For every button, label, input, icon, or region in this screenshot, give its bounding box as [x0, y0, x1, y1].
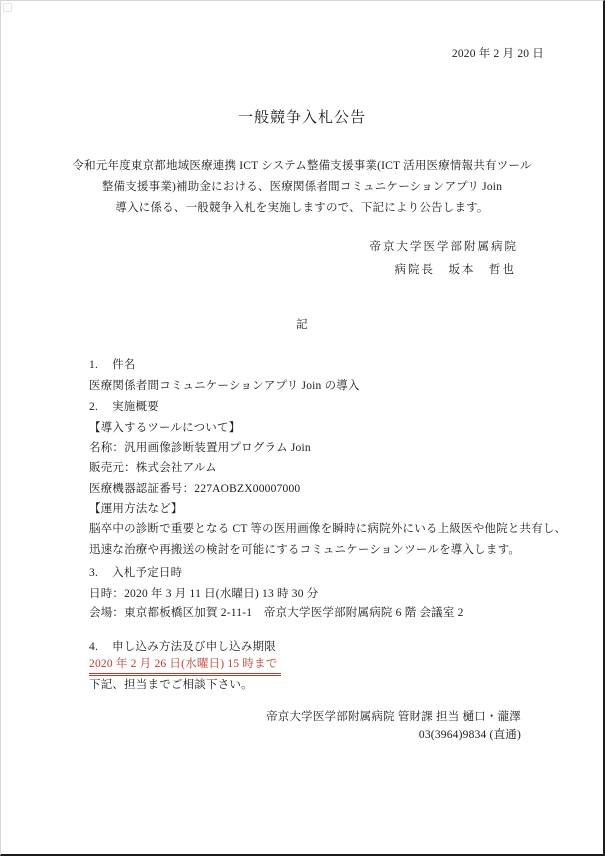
section-3-line: 日時：2020 年 3 月 11 日(水曜日) 13 時 30 分	[89, 587, 563, 602]
contact-org: 帝京大学医学部附属病院 管財課 担当 樋口・瀧澤	[266, 710, 521, 725]
section-1-heading: 1. 件名	[89, 358, 563, 373]
issuer-signer: 病院長 坂本 哲也	[395, 263, 517, 278]
intro-line-1: 令和元年度東京都地域医療連携 ICT システム整備支援事業(ICT 活用医療情報…	[1, 159, 603, 174]
section-2-line: 医療機器認証番号：227AOBZX00007000	[89, 482, 563, 497]
section-1-number: 1.	[89, 358, 98, 373]
document-page: 2020 年 2 月 20 日 一般競争入札公告 令和元年度東京都地域医療連携 …	[0, 0, 605, 856]
section-2-line: 【導入するツールについて】	[89, 421, 563, 436]
contact-phone: 03(3964)9834 (直通)	[419, 728, 521, 743]
deadline-text: 2020 年 2 月 26 日(水曜日) 15 時まで	[89, 657, 281, 676]
section-4-number: 4.	[89, 640, 98, 655]
section-2-line: 名称：汎用画像診断装置用プログラム Join	[89, 441, 563, 456]
corner-artifact	[3, 3, 12, 12]
issuer-org: 帝京大学医学部附属病院	[370, 240, 519, 255]
section-2-line: 迅速な治療や再搬送の検討を可能にするコミュニケーションツールを導入します。	[89, 543, 563, 558]
section-3-heading: 3. 入札予定日時	[89, 566, 563, 581]
section-4-title: 申し込み方法及び申し込み期限	[112, 640, 276, 655]
section-4-line: 下記、担当までご相談下さい。	[89, 678, 563, 693]
section-3-title: 入札予定日時	[112, 566, 182, 581]
deadline-line: 2020 年 2 月 26 日(水曜日) 15 時まで	[89, 657, 563, 676]
section-3-line: 会場：東京都板橋区加賀 2-11-1 帝京大学医学部附属病院 6 階 会議室 2	[89, 606, 563, 621]
section-1-line: 医療関係者間コミュニケーションアプリ Join の導入	[89, 379, 563, 394]
intro-line-2: 整備支援事業)補助金における、医療関係者間コミュニケーションアプリ Join	[1, 180, 603, 195]
document-date: 2020 年 2 月 20 日	[452, 47, 544, 62]
intro-line-3: 導入に係る、一般競争入札を実施しますので、下記により公告します。	[1, 201, 603, 216]
page-title: 一般競争入札公告	[1, 111, 603, 126]
section-2-line: 脳卒中の診断で重要となる CT 等の医用画像を瞬時に病院外にいる上級医や他院と共…	[89, 522, 563, 537]
section-4-heading: 4. 申し込み方法及び申し込み期限	[89, 640, 563, 655]
section-2-heading: 2. 実施概要	[89, 400, 563, 415]
section-2-line: 販売元：株式会社アルム	[89, 461, 563, 476]
section-2-line: 【運用方法など】	[89, 502, 563, 517]
section-1-title: 件名	[112, 358, 135, 373]
record-mark: 記	[1, 318, 603, 333]
section-2-number: 2.	[89, 400, 98, 415]
section-2-title: 実施概要	[112, 400, 159, 415]
section-3-number: 3.	[89, 566, 98, 581]
